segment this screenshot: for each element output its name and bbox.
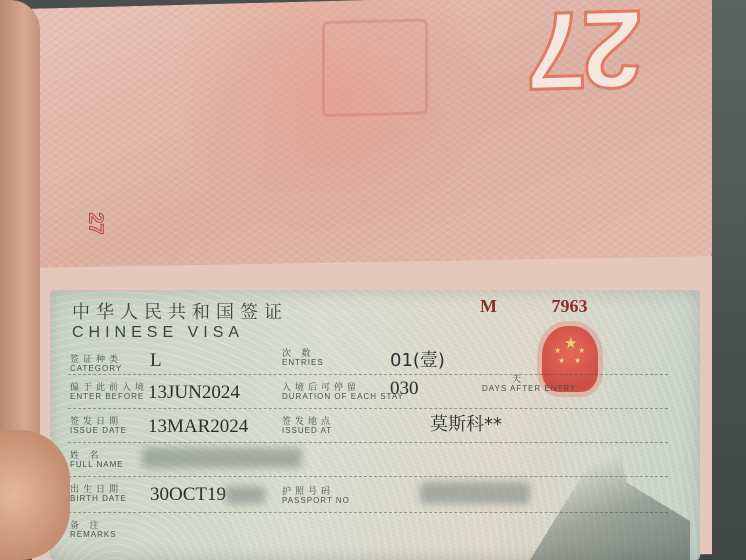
full-name-redacted bbox=[142, 448, 302, 468]
entries-value: 01(壹) bbox=[390, 346, 445, 372]
issued-at-value: 莫斯科** bbox=[430, 410, 502, 436]
issued-at-label: 签发地点 ISSUED AT bbox=[282, 416, 334, 436]
duration-unit: 天 DAYS AFTER ENTRY bbox=[482, 374, 576, 394]
enter-before-value: 13JUN2024 bbox=[148, 382, 240, 404]
category-value: L bbox=[150, 350, 162, 372]
divider bbox=[68, 512, 668, 513]
visa-title-chinese: 中华人民共和国签证 bbox=[72, 298, 288, 324]
birth-date-redacted bbox=[225, 486, 265, 504]
visa-title-english: CHINESE VISA bbox=[72, 324, 244, 342]
serial-prefix: M bbox=[480, 296, 497, 316]
coat-of-arms-shield bbox=[322, 18, 428, 117]
visa-serial: M 7963 bbox=[480, 296, 588, 317]
issue-date-value: 13MAR2024 bbox=[148, 416, 248, 438]
passport-no-redacted bbox=[420, 482, 530, 504]
great-wall-illustration bbox=[530, 430, 690, 560]
divider bbox=[68, 442, 668, 443]
category-label: 签证种类 CATEGORY bbox=[70, 354, 122, 374]
duration-value: 030 bbox=[390, 378, 419, 400]
passport-page-upper: 27 27 bbox=[22, 0, 712, 299]
divider bbox=[68, 476, 668, 477]
birth-date-value: 30OCT19 bbox=[150, 484, 226, 506]
page-number-margin: 27 bbox=[84, 212, 107, 235]
divider bbox=[68, 408, 668, 409]
page-number-large: 27 bbox=[532, 0, 642, 106]
serial-number: 7963 bbox=[552, 296, 588, 316]
remarks-label: 备 注 REMARKS bbox=[70, 520, 117, 540]
issue-date-label: 签发日期 ISSUE DATE bbox=[70, 416, 127, 436]
enter-before-label: 偏于此前入境 ENTER BEFORE bbox=[70, 382, 148, 402]
finger bbox=[0, 430, 70, 560]
birth-date-label: 出生日期 BIRTH DATE bbox=[70, 484, 127, 504]
duration-label: 入境后可停留 DURATION OF EACH STAY bbox=[282, 382, 404, 402]
divider bbox=[68, 374, 668, 375]
entries-label: 次 数 ENTRIES bbox=[282, 348, 324, 368]
visa-sticker: 中华人民共和国签证 CHINESE VISA M 7963 ★ ★ ★ ★ ★ … bbox=[50, 290, 700, 560]
passport-no-label: 护照号码 PASSPORT NO bbox=[282, 486, 350, 506]
full-name-label: 姓 名 FULL NAME bbox=[70, 450, 124, 470]
